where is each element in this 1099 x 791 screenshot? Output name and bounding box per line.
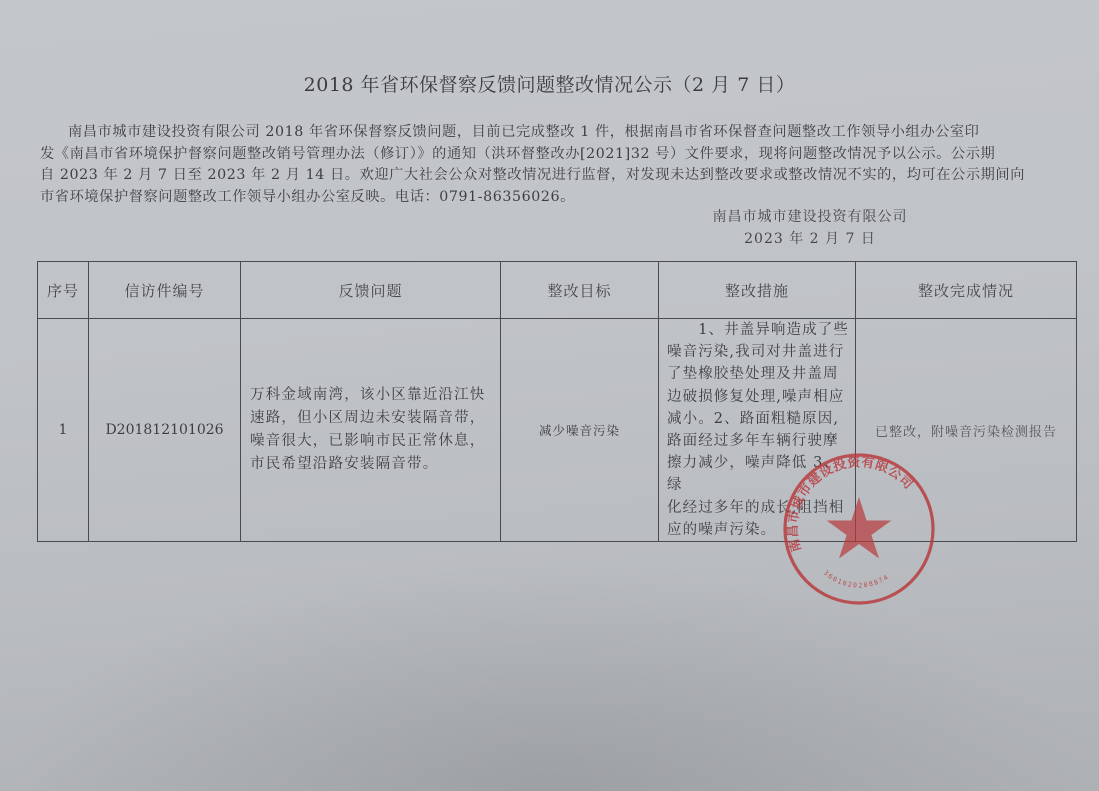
table-row: 1 D201812101026 万科金域南湾，该小区靠近沿江快 速路，但小区周边… (38, 319, 1077, 542)
measures-line: 了垫橡胶垫处理及井盖周 (667, 363, 851, 385)
measures-line: 噪音污染,我司对井盖进行 (667, 341, 851, 363)
intro-line: 发《南昌市省环境保护督察问题整改销号管理办法（修订）》的通知（洪环督整改办[20… (40, 144, 1088, 166)
header-target: 整改目标 (501, 262, 659, 319)
intro-line: 自 2023 年 2 月 7 日至 2023 年 2 月 14 日。欢迎广大社会… (40, 165, 1088, 187)
cell-index: 1 (38, 319, 89, 542)
intro-line: 南昌市城市建设投资有限公司 2018 年省环保督察反馈问题，目前已完成整改 1 … (68, 122, 1088, 144)
cell-completion: 已整改，附噪音污染检测报告 (856, 319, 1077, 542)
signature-date: 2023 年 2 月 7 日 (660, 228, 960, 250)
header-case-number: 信访件编号 (89, 262, 241, 319)
cell-measures: 1、井盖异响造成了些 噪音污染,我司对井盖进行 了垫橡胶垫处理及井盖周 边破损修… (659, 319, 856, 542)
intro-line: 市省环境保护督察问题整改工作领导小组办公室反映。电话：0791-86356026… (40, 187, 1088, 209)
measures-line: 减小。2、路面粗糙原因, (667, 408, 851, 430)
header-measures: 整改措施 (659, 262, 856, 319)
header-feedback: 反馈问题 (241, 262, 501, 319)
table-header-row: 序号 信访件编号 反馈问题 整改目标 整改措施 整改完成情况 (38, 262, 1077, 319)
cell-feedback: 万科金域南湾，该小区靠近沿江快 速路，但小区周边未安装隔音带， 噪音很大，已影响… (241, 319, 501, 542)
seal-number: 3601020208874 (822, 569, 891, 590)
measures-line: 化经过多年的成长,阻挡相 (667, 497, 851, 519)
measures-line: 路面经过多年车辆行驶摩 (667, 430, 851, 452)
measures-line: 擦力减少，噪声降低 3、绿 (667, 452, 851, 496)
header-completion: 整改完成情况 (856, 262, 1077, 319)
cell-target: 减少噪音污染 (501, 319, 659, 542)
document-title: 2018 年省环保督察反馈问题整改情况公示（2 月 7 日） (0, 70, 1099, 97)
feedback-line: 速路，但小区周边未安装隔音带， (250, 407, 494, 430)
signature-organization: 南昌市城市建设投资有限公司 (660, 206, 960, 228)
measures-line: 边破损修复处理,噪声相应 (667, 386, 851, 408)
measures-line: 1、井盖异响造成了些 (667, 319, 851, 341)
feedback-line: 万科金域南湾，该小区靠近沿江快 (250, 384, 494, 407)
svg-text:3601020208874: 3601020208874 (822, 569, 891, 590)
intro-paragraph: 南昌市城市建设投资有限公司 2018 年省环保督察反馈问题，目前已完成整改 1 … (68, 122, 1088, 208)
paper-shadow (0, 560, 1099, 791)
measures-line: 应的噪声污染。 (667, 519, 851, 541)
signature-block: 南昌市城市建设投资有限公司 2023 年 2 月 7 日 (660, 206, 960, 250)
rectification-table: 序号 信访件编号 反馈问题 整改目标 整改措施 整改完成情况 1 D201812… (37, 261, 1077, 542)
cell-case-number: D201812101026 (89, 319, 241, 542)
header-index: 序号 (38, 262, 89, 319)
feedback-line: 噪音很大，已影响市民正常休息， (250, 430, 494, 453)
feedback-line: 市民希望沿路安装隔音带。 (250, 453, 494, 476)
